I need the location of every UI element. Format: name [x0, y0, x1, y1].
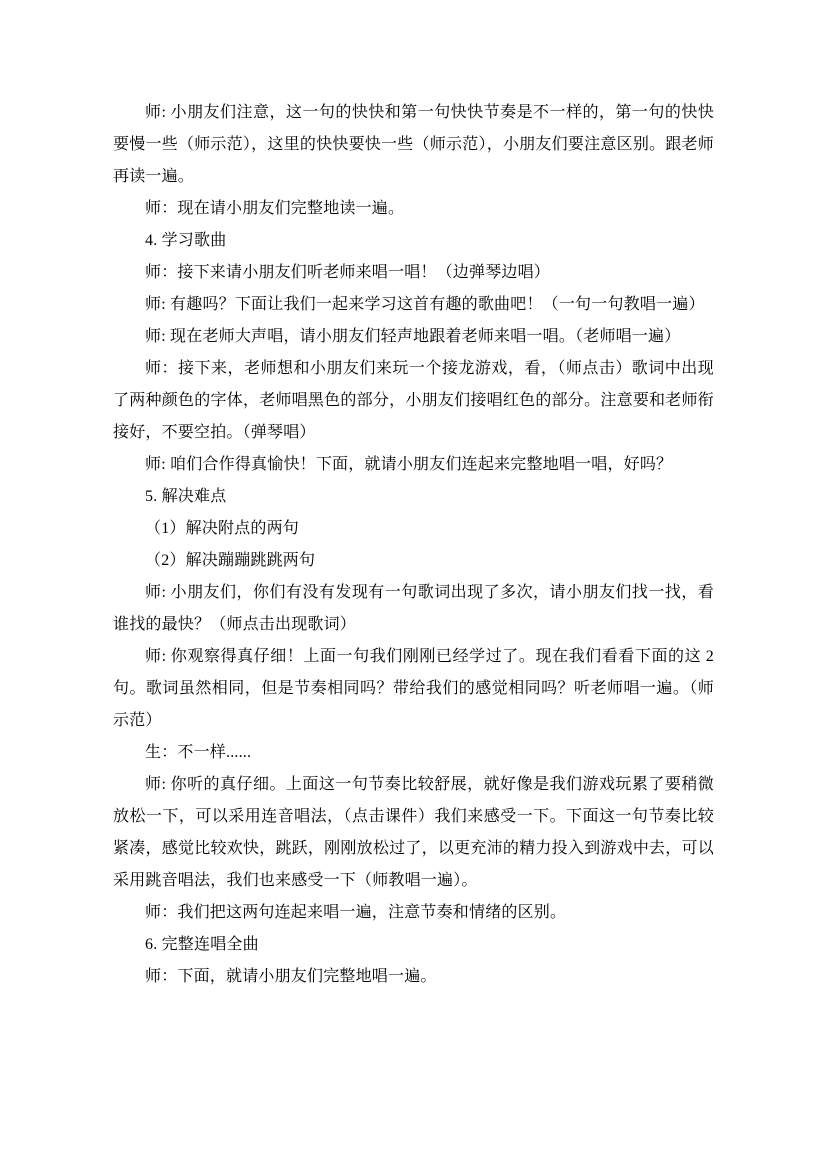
section-heading: 4. 学习歌曲: [113, 225, 714, 257]
teacher-dialogue-line: 师：下面，就请小朋友们完整地唱一遍。: [113, 961, 714, 993]
teacher-dialogue-line: 师：我们把这两句连起来唱一遍，注意节奏和情绪的区别。: [113, 897, 714, 929]
teacher-dialogue-line: 师: 小朋友们，你们有没有发现有一句歌词出现了多次，请小朋友们找一找，看谁找的最…: [113, 577, 714, 641]
teacher-dialogue-line: 师: 小朋友们注意，这一句的快快和第一句快快节奏是不一样的，第一句的快快要慢一些…: [113, 97, 714, 193]
section-heading: 5. 解决难点: [113, 481, 714, 513]
list-item: （2）解决蹦蹦跳跳两句: [113, 545, 714, 577]
teacher-dialogue-line: 师: 咱们合作得真愉快！下面，就请小朋友们连起来完整地唱一唱，好吗？: [113, 449, 714, 481]
teacher-dialogue-line: 师: 你观察得真仔细！上面一句我们刚刚已经学过了。现在我们看看下面的这 2 句。…: [113, 641, 714, 737]
teacher-dialogue-line: 师: 你听的真仔细。上面这一句节奏比较舒展，就好像是我们游戏玩累了要稍微放松一下…: [113, 769, 714, 897]
teacher-dialogue-line: 师：接下来请小朋友们听老师来唱一唱！（边弹琴边唱）: [113, 257, 714, 289]
teacher-dialogue-line: 师：现在请小朋友们完整地读一遍。: [113, 193, 714, 225]
document-content: 师: 小朋友们注意，这一句的快快和第一句快快节奏是不一样的，第一句的快快要慢一些…: [113, 97, 714, 993]
teacher-dialogue-line: 师: 有趣吗？下面让我们一起来学习这首有趣的歌曲吧！（一句一句教唱一遍）: [113, 289, 714, 321]
list-item: （1）解决附点的两句: [113, 513, 714, 545]
section-heading: 6. 完整连唱全曲: [113, 929, 714, 961]
teacher-dialogue-line: 师: 现在老师大声唱，请小朋友们轻声地跟着老师来唱一唱。（老师唱一遍）: [113, 321, 714, 353]
document-page: 师: 小朋友们注意，这一句的快快和第一句快快节奏是不一样的，第一句的快快要慢一些…: [0, 0, 827, 1170]
student-dialogue-line: 生：不一样......: [113, 737, 714, 769]
teacher-dialogue-line: 师：接下来，老师想和小朋友们来玩一个接龙游戏，看，（师点击）歌词中出现了两种颜色…: [113, 353, 714, 449]
